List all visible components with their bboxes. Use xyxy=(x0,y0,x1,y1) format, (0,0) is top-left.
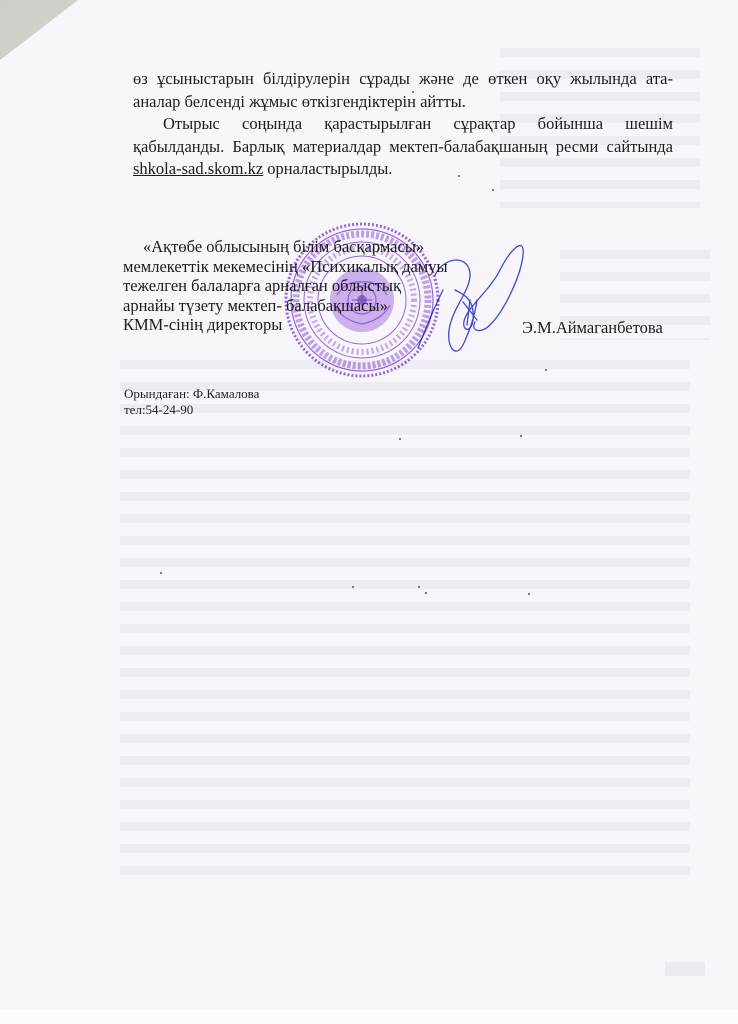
paragraph-line: қабылданды. Барлық материалдар мектеп-ба… xyxy=(133,136,673,159)
executor-phone: тел:54-24-90 xyxy=(124,402,259,418)
closing-paragraph: Отырыс соңында қарастырылған сұрақтар бо… xyxy=(133,113,673,181)
reverse-side-bleed-through xyxy=(120,360,690,880)
paragraph-line: аналар белсенді жұмыс өткізгендіктерін а… xyxy=(133,92,466,111)
paragraph-line: орналастырылды. xyxy=(263,159,392,178)
executor-info: Орындаған: Ф.Камалова тел:54-24-90 xyxy=(124,386,259,418)
scan-bottom-edge xyxy=(0,1010,738,1024)
executor-name: Орындаған: Ф.Камалова xyxy=(124,386,259,402)
director-signature xyxy=(415,230,535,370)
paragraph-line: өз ұсыныстарын білдірулерін сұрады және … xyxy=(133,68,673,91)
reverse-side-page-number xyxy=(665,962,705,976)
scanned-page: өз ұсыныстарын білдірулерін сұрады және … xyxy=(0,0,738,1024)
paragraph-end: өз ұсыныстарын білдірулерін сұрады және … xyxy=(133,68,673,113)
paragraph-line: Отырыс соңында қарастырылған сұрақтар бо… xyxy=(133,113,673,136)
director-name: Э.М.Аймаганбетова xyxy=(522,318,663,338)
school-website-link[interactable]: shkola-sad.skom.kz xyxy=(133,159,263,178)
